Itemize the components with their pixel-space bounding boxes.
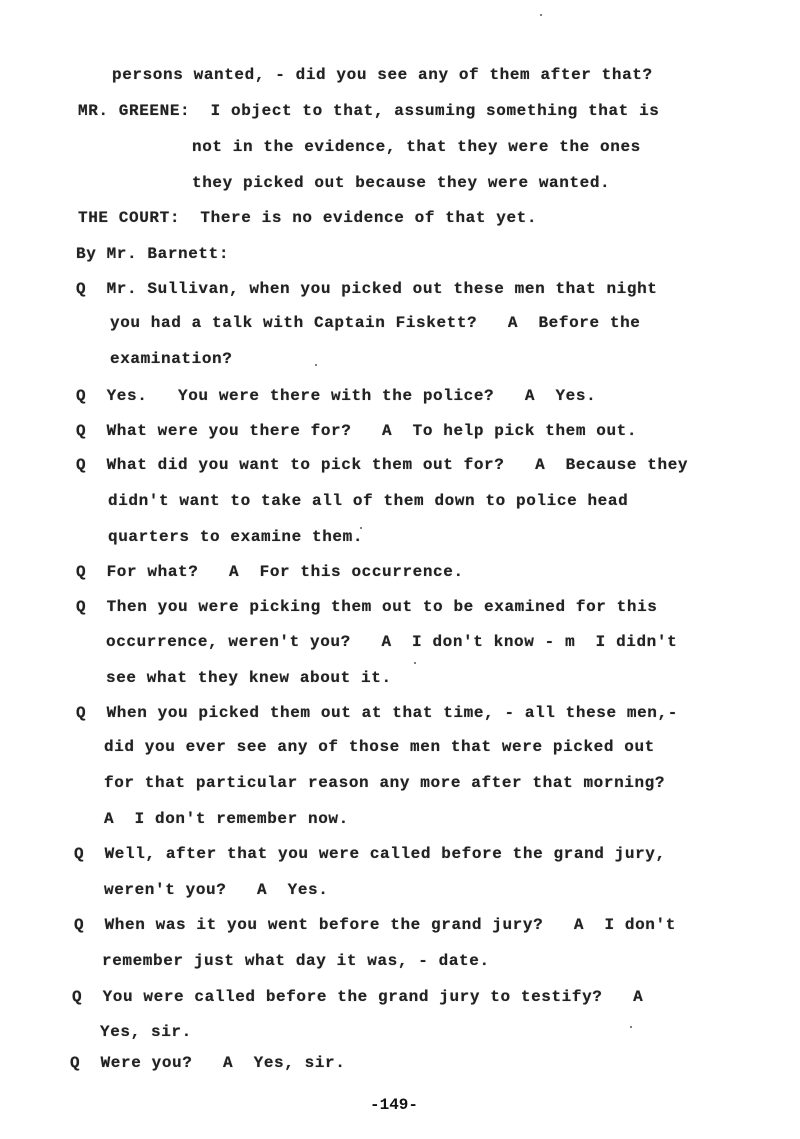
- scan-speck: [360, 527, 362, 529]
- scan-speck: [414, 662, 416, 664]
- transcript-line: By Mr. Barnett:: [76, 244, 229, 264]
- scan-speck: [540, 14, 542, 16]
- transcript-line: Q Well, after that you were called befor…: [74, 844, 666, 864]
- transcript-line: they picked out because they were wanted…: [192, 173, 610, 193]
- scan-speck: [630, 1026, 632, 1028]
- page-number: -149-: [370, 1096, 418, 1114]
- transcript-line: Q Yes. You were there with the police? A…: [76, 386, 596, 406]
- transcript-line: did you ever see any of those men that w…: [104, 737, 655, 757]
- transcript-line: weren't you? A Yes.: [104, 880, 328, 900]
- transcript-line: quarters to examine them.: [108, 527, 363, 547]
- transcript-line: persons wanted, - did you see any of the…: [112, 65, 653, 85]
- transcript-line: Q What were you there for? A To help pic…: [76, 421, 637, 441]
- scan-speck: [315, 364, 317, 366]
- transcript-line: didn't want to take all of them down to …: [108, 491, 628, 511]
- transcript-line: THE COURT: There is no evidence of that …: [78, 208, 537, 228]
- transcript-page: persons wanted, - did you see any of the…: [0, 0, 800, 1139]
- transcript-line: you had a talk with Captain Fiskett? A B…: [110, 313, 640, 333]
- transcript-line: Yes, sir.: [100, 1022, 192, 1042]
- transcript-line: Q You were called before the grand jury …: [72, 987, 643, 1007]
- transcript-line: not in the evidence, that they were the …: [192, 137, 641, 157]
- transcript-line: Q Mr. Sullivan, when you picked out thes…: [76, 279, 658, 299]
- transcript-line: remember just what day it was, - date.: [102, 951, 490, 971]
- transcript-line: see what they knew about it.: [106, 668, 392, 688]
- transcript-line: Q Were you? A Yes, sir.: [70, 1053, 345, 1073]
- transcript-line: Q When you picked them out at that time,…: [76, 703, 678, 723]
- transcript-line: Q What did you want to pick them out for…: [76, 455, 688, 475]
- transcript-line: examination?: [110, 349, 232, 369]
- transcript-line: occurrence, weren't you? A I don't know …: [106, 632, 677, 652]
- transcript-line: A I don't remember now.: [104, 809, 349, 829]
- transcript-line: Q When was it you went before the grand …: [74, 915, 676, 935]
- transcript-line: Q Then you were picking them out to be e…: [76, 597, 658, 617]
- transcript-line: Q For what? A For this occurrence.: [76, 562, 464, 582]
- transcript-line: MR. GREENE: I object to that, assuming s…: [78, 101, 660, 121]
- transcript-line: for that particular reason any more afte…: [104, 773, 665, 793]
